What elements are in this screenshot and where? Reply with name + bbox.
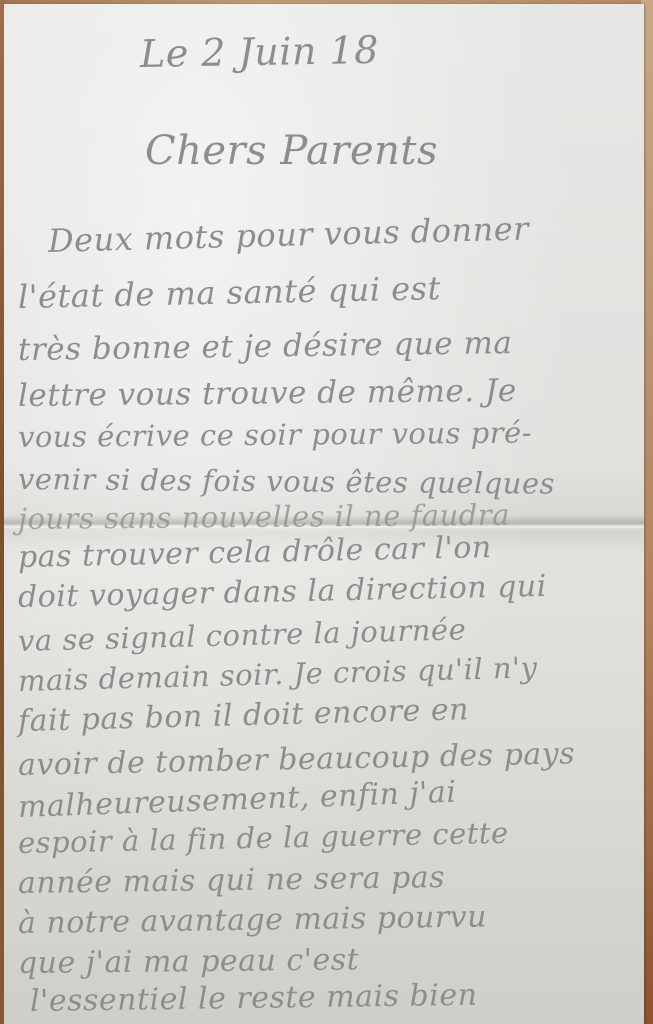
letter-line: que j'ai ma peau c'est: [18, 942, 360, 981]
letter-line: année mais qui ne sera pas: [18, 860, 446, 901]
letter-salutation: Chers Parents: [145, 128, 438, 174]
letter-line: très bonne et je désire que ma: [18, 325, 513, 368]
letter-line: vous écrive ce soir pour vous pré-: [18, 416, 532, 454]
letter-line: lettre vous trouve de même. Je: [18, 373, 517, 414]
letter-line: l'essentiel le reste mais bien: [30, 978, 478, 1019]
letter-date: Le 2 Juin 18: [140, 28, 380, 76]
letter-line: à notre avantage mais pourvu: [18, 899, 487, 941]
letter-line: venir si des fois vous êtes quelques: [18, 462, 555, 501]
